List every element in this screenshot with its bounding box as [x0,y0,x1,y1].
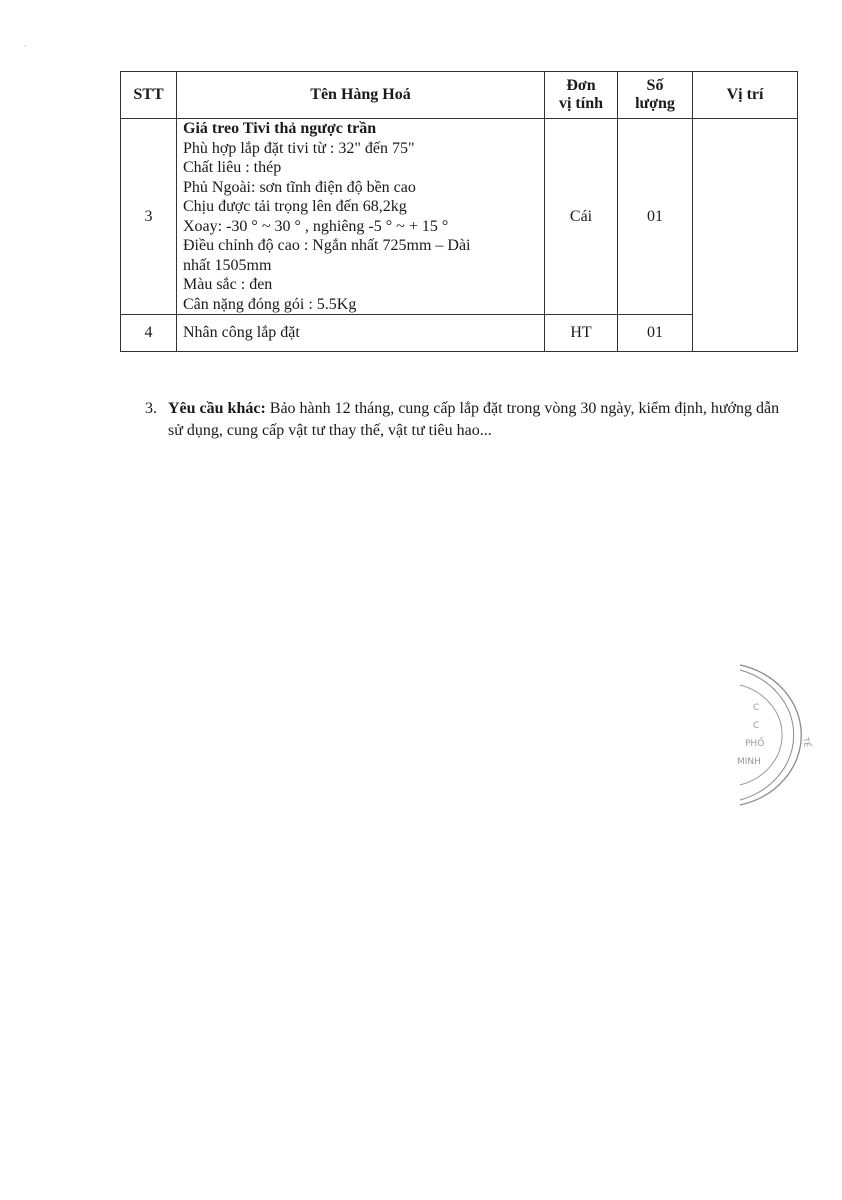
other-requirements: 3. Yêu cầu khác: Bảo hành 12 tháng, cung… [145,398,785,442]
official-stamp: C C PHỐ MINH TẾ [735,660,825,810]
row-position [693,119,798,352]
spec-line: Xoay: -30 ° ~ 30 ° , nghiêng -5 ° ~ + 15… [183,217,538,237]
spec-line: Điều chỉnh độ cao : Ngắn nhất 725mm – Dà… [183,236,538,256]
header-qty-line2: lượng [635,95,675,112]
scan-artifact: ' [24,44,26,53]
header-qty-line1: Số [647,77,664,94]
spec-line: Chất liêu : thép [183,158,538,178]
svg-text:TẾ: TẾ [801,735,814,749]
svg-text:C: C [753,721,759,731]
row-description: Giá treo Tivi thả ngược trần Phù hợp lắp… [177,119,545,315]
goods-table: STT Tên Hàng Hoá Đơn vị tính Số lượng Vị… [120,71,798,352]
row-qty: 01 [618,315,693,352]
spec-line: Phủ Ngoài: sơn tĩnh điện độ bền cao [183,178,538,198]
svg-text:PHỐ: PHỐ [745,736,764,749]
requirement-body: Yêu cầu khác: Bảo hành 12 tháng, cung cấ… [168,398,785,442]
header-name: Tên Hàng Hoá [177,72,545,119]
header-stt: STT [121,72,177,119]
spec-line: Cân nặng đóng gói : 5.5Kg [183,295,538,315]
header-unit-line1: Đơn [566,77,595,94]
row-stt: 4 [121,315,177,352]
svg-text:C: C [753,703,759,713]
row-description: Nhân công lắp đặt [177,315,545,352]
document-page: ' STT Tên Hàng Hoá Đơn vị tính Số lượng … [0,0,842,1200]
table-row: 3 Giá treo Tivi thả ngược trần Phù hợp l… [121,119,798,315]
row-unit: HT [545,315,618,352]
stamp-seal-icon: C C PHỐ MINH TẾ [735,660,825,810]
requirement-number: 3. [145,398,157,420]
requirement-label: Yêu cầu khác: [168,400,266,417]
spec-line: Phù hợp lắp đặt tivi từ : 32" đến 75" [183,139,538,159]
spec-line: Màu sắc : đen [183,275,538,295]
row-unit: Cái [545,119,618,315]
row-stt: 3 [121,119,177,315]
spec-line: Chịu được tải trọng lên đến 68,2kg [183,197,538,217]
header-qty: Số lượng [618,72,693,119]
header-unit-line2: vị tính [559,95,603,112]
row-qty: 01 [618,119,693,315]
spec-line: nhất 1505mm [183,256,538,276]
header-unit: Đơn vị tính [545,72,618,119]
header-position: Vị trí [693,72,798,119]
table-header-row: STT Tên Hàng Hoá Đơn vị tính Số lượng Vị… [121,72,798,119]
svg-text:MINH: MINH [737,757,761,767]
product-title: Giá treo Tivi thả ngược trần [183,119,538,139]
